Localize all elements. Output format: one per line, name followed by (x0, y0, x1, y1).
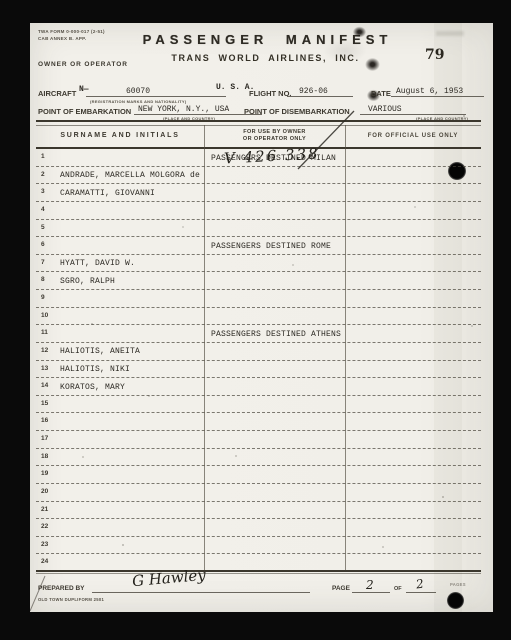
row-number: 24 (41, 558, 48, 565)
row-number: 21 (41, 506, 48, 513)
passenger-name: KORATOS, MARY (60, 383, 125, 392)
aircraft-underline (86, 86, 226, 97)
of-label: OF (394, 586, 402, 592)
row-number: 19 (41, 470, 48, 477)
passenger-name: CARAMATTI, GIOVANNI (60, 189, 155, 198)
printer-code: OLD TOWN DUPLIFORM 2501 (38, 597, 104, 602)
toner-smudge (351, 25, 368, 39)
punch-hole (447, 592, 464, 609)
table-row: 16 (36, 413, 481, 431)
paper-specks (30, 23, 32, 25)
row-number: 16 (41, 417, 48, 424)
col-official-use-header: FOR OFFICIAL USE ONLY (345, 133, 481, 139)
passenger-name: HALIOTIS, NIKI (60, 365, 130, 374)
table-row: 20 (36, 484, 481, 502)
passenger-table: SURNAME AND INITIALS FOR USE BY OWNER OR… (36, 125, 481, 572)
row-number: 14 (41, 382, 48, 389)
row-number: 17 (41, 435, 48, 442)
col-owner-use-header-line1: FOR USE BY OWNER (204, 129, 345, 136)
table-row: 5 (36, 220, 481, 238)
total-pages-value: 2 (415, 577, 425, 592)
row-number: 10 (41, 312, 48, 319)
table-row: 15 (36, 396, 481, 414)
row-number: 13 (41, 365, 48, 372)
disembarkation-value: VARIOUS (368, 105, 402, 114)
row-number: 1 (41, 153, 45, 160)
table-row: 19 (36, 466, 481, 484)
col-owner-use-header-line2: OR OPERATOR ONLY (204, 136, 345, 143)
col-surname-header: SURNAME AND INITIALS (36, 132, 204, 139)
date-value: August 6, 1953 (396, 87, 463, 96)
page-label: PAGE (332, 585, 350, 592)
date-label: DATE (371, 89, 391, 98)
table-row: 11 PASSENGERS DESTINED ATHENS (36, 325, 481, 343)
manifest-page: TWA FORM 0-000-017 (2-51) CAB ANNEX B. A… (30, 23, 493, 612)
pages-label: PAGES (450, 582, 466, 587)
table-row: 8 SGRO, RALPH (36, 272, 481, 290)
toner-smear (323, 39, 367, 63)
embarkation-label: POINT OF EMBARKATION (38, 107, 131, 116)
row-number: 18 (41, 453, 48, 460)
page-title: PASSENGER MANIFEST (30, 32, 493, 47)
passenger-name: HALIOTIS, ANEITA (60, 347, 140, 356)
prepared-by-label: PREPARED BY (38, 585, 84, 592)
passenger-name: HYATT, DAVID W. (60, 259, 135, 268)
aircraft-registration-value: 60070 (126, 87, 150, 96)
separator-rule-bottom (36, 573, 481, 574)
disembarkation-label: POINT OF DISEMBARKATION (244, 107, 350, 116)
flight-number-label: FLIGHT NO. (249, 89, 292, 98)
row-number: 22 (41, 523, 48, 530)
toner-smudge (363, 56, 382, 73)
manifest-rows: 1 PASSENGERS DESTINED MILAN 2 ANDRADE, M… (36, 149, 481, 572)
row-number: 6 (41, 241, 45, 248)
row-number: 4 (41, 206, 45, 213)
row-number: 9 (41, 294, 45, 301)
table-row: 22 (36, 519, 481, 537)
airline-name: TRANS WORLD AIRLINES, INC. (30, 53, 493, 63)
table-row: 23 (36, 537, 481, 555)
row-number: 11 (41, 329, 48, 336)
row-number: 15 (41, 400, 48, 407)
table-row: 7 HYATT, DAVID W. (36, 255, 481, 273)
row-number: 20 (41, 488, 48, 495)
table-row: 9 (36, 290, 481, 308)
aircraft-label: AIRCRAFT (38, 89, 76, 98)
flight-number-value: 926-06 (299, 87, 328, 96)
row-number: 8 (41, 276, 45, 283)
column-divider-1 (204, 125, 205, 570)
table-row: 24 (36, 554, 481, 572)
table-row: 13 HALIOTIS, NIKI (36, 361, 481, 379)
table-row: 17 (36, 431, 481, 449)
passenger-name: ANDRADE, MARCELLA MOLGORA de (60, 171, 200, 180)
table-row: 21 (36, 502, 481, 520)
table-row: 18 (36, 449, 481, 467)
row-number: 5 (41, 224, 45, 231)
scanned-manifest-image: TWA FORM 0-000-017 (2-51) CAB ANNEX B. A… (0, 0, 511, 640)
page-number-value: 2 (366, 578, 374, 592)
table-row: 6 PASSENGERS DESTINED ROME (36, 237, 481, 255)
table-row: 10 (36, 308, 481, 326)
row-number: 12 (41, 347, 48, 354)
embarkation-value: NEW YORK, N.Y., USA (138, 105, 229, 114)
col-owner-use-header: FOR USE BY OWNER OR OPERATOR ONLY (204, 129, 345, 143)
passenger-name: SGRO, RALPH (60, 277, 115, 286)
table-row: 3 CARAMATTI, GIOVANNI (36, 184, 481, 202)
table-row: 12 HALIOTIS, ANEITA (36, 343, 481, 361)
table-row: 2 ANDRADE, MARCELLA MOLGORA de (36, 167, 481, 185)
row-number: 7 (41, 259, 45, 266)
table-row: 14 KORATOS, MARY (36, 378, 481, 396)
page-corner-crease (30, 576, 45, 611)
table-header-row: SURNAME AND INITIALS FOR USE BY OWNER OR… (36, 125, 481, 149)
row-number: 23 (41, 541, 48, 548)
row-number: 2 (41, 171, 45, 178)
table-row: 4 (36, 202, 481, 220)
column-divider-2 (345, 125, 346, 570)
row-number: 3 (41, 188, 45, 195)
row-destination-note: PASSENGERS DESTINED ATHENS (211, 330, 341, 339)
row-destination-note: PASSENGERS DESTINED ROME (211, 242, 331, 251)
